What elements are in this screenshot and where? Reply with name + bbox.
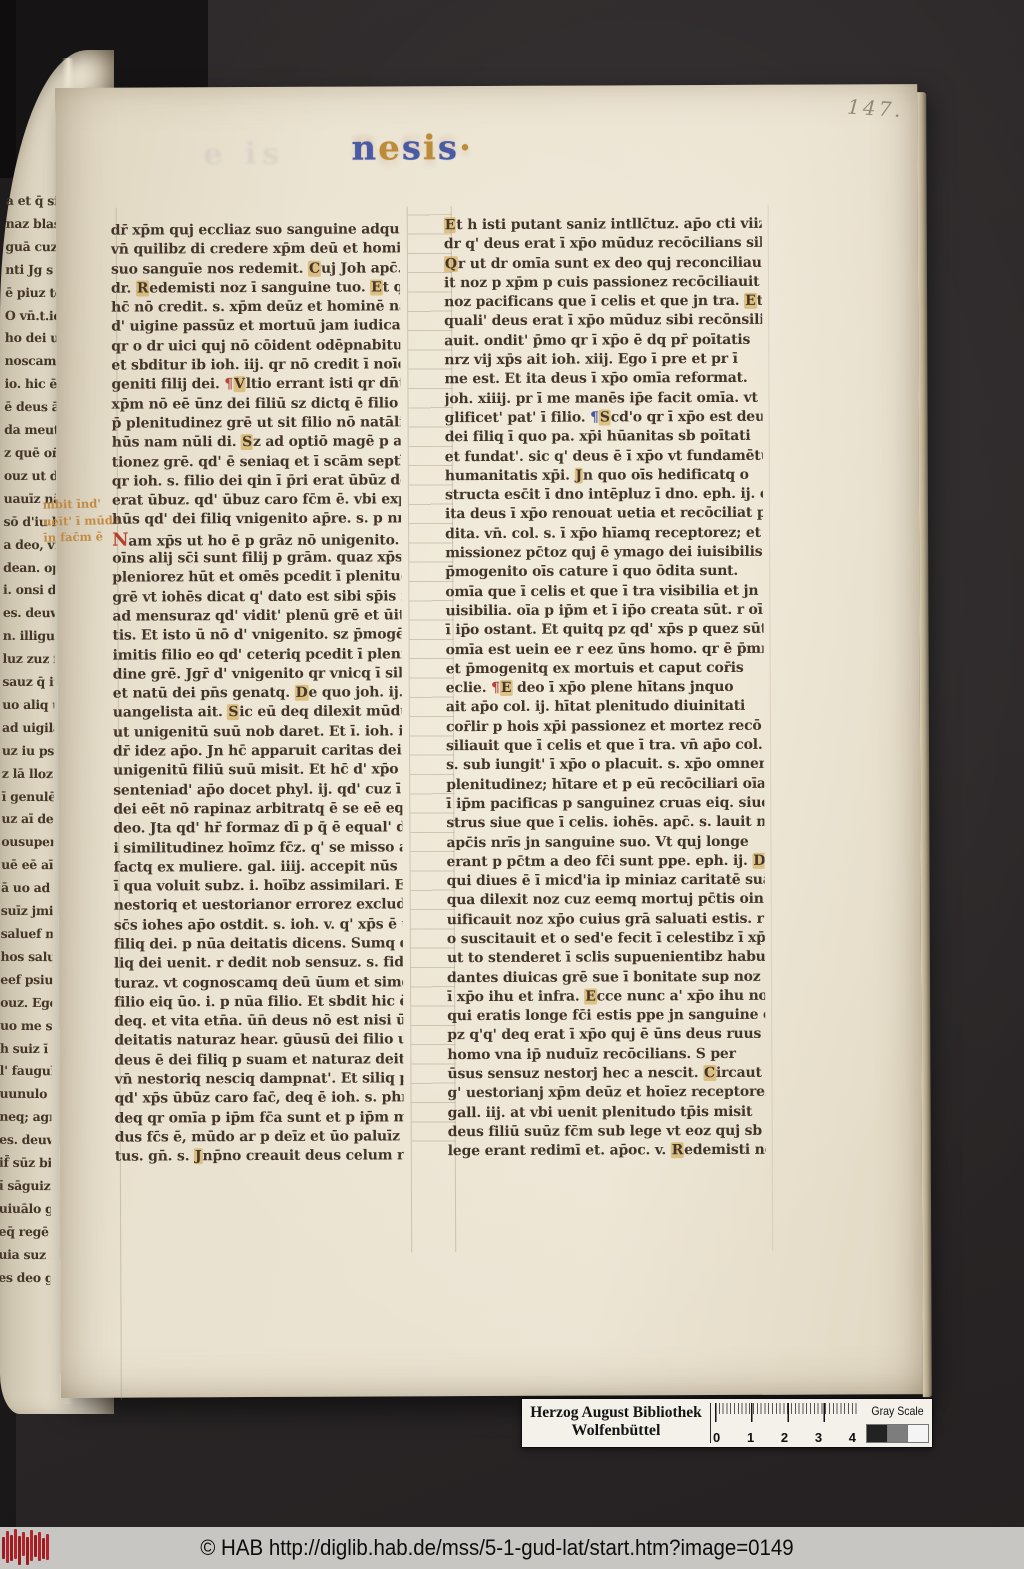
running-title: nesis· bbox=[351, 128, 473, 169]
edge-text-fragment: noscama s'um bbox=[5, 350, 57, 373]
manuscript-line: qui eratis longe fc̄i estis ppe jn sangu… bbox=[447, 1006, 765, 1027]
manuscript-line: strus siue que ī celis. iohēs. apc̄. s. … bbox=[446, 813, 764, 834]
manuscript-line: homo vna ip̄ nuduīz recōcilians. S per bbox=[447, 1045, 765, 1066]
manuscript-line: ī qua voluit subz. i. hoībz assimilari. … bbox=[114, 876, 403, 897]
edge-text-fragment: ē piuz tomos bbox=[5, 281, 57, 304]
manuscript-line: nrz vij xp̄s ait ioh. xiij. Ego ī pre et… bbox=[444, 350, 762, 371]
edge-text-fragment: uo aliq ue osi bbox=[2, 694, 54, 717]
edge-text-fragment: es. deuw n̄ bbox=[3, 602, 55, 625]
manuscript-line: s. sub iungit' ī xp̄o o placuit. s. xp̄o… bbox=[446, 755, 764, 776]
manuscript-line: joh. xiiij. pr ī me manēs ip̄e facit omī… bbox=[444, 388, 762, 409]
edge-text-fragment: es deo grā bbox=[0, 1266, 50, 1289]
manuscript-line: ūsus sensuz nestorj hec a nescit. Circau… bbox=[447, 1064, 765, 1085]
manuscript-line: dr̄ idez ap̄o. Jn hc̄ apparuit caritas d… bbox=[113, 741, 402, 762]
manuscript-line: auit. ondit' p̄mo qr ī xp̄o ē dq pr̄ poī… bbox=[444, 331, 762, 352]
manuscript-line: dr. Redemisti noz ī sanguine tuo. Et quj bbox=[111, 278, 400, 299]
manuscript-line: omīa est uein ee r eez ūns homo. qr ē p̄… bbox=[446, 639, 764, 660]
manuscript-line: vn̄ quilibz di credere xp̄m deū et homie… bbox=[111, 240, 400, 261]
ruler-number: 2 bbox=[781, 1430, 788, 1445]
ruler-number: 3 bbox=[815, 1430, 822, 1445]
manuscript-line: Qr ut dr omīa sunt ex deo quj reconcilia… bbox=[444, 253, 762, 274]
manuscript-line: cor̄lir p hois xp̄i passionez et mortez … bbox=[446, 717, 764, 738]
manuscript-line: deq. et vita etn̄a. ūn̄ deus nō est nisi… bbox=[114, 1012, 403, 1033]
manuscript-line: gall. iij. at vbi uenit plenitudo tp̄is … bbox=[448, 1102, 766, 1123]
manuscript-line: lege erant redimī et. ap̄oc. v. Redemist… bbox=[448, 1141, 766, 1162]
library-name-line1: Herzog August Bibliothek bbox=[525, 1404, 707, 1422]
decorated-initial: S bbox=[599, 409, 611, 425]
edge-text-fragment: if̄ sūz bi alt bbox=[0, 1152, 51, 1175]
running-title-letter: s bbox=[402, 128, 423, 168]
logo-bar bbox=[22, 1532, 25, 1556]
manuscript-line: nestoriq et uestorianor errorez excluder… bbox=[114, 896, 403, 917]
edge-text-fragment: uiuālo gree bbox=[0, 1198, 51, 1221]
manuscript-line: noz pacificans que ī celis et que jn tra… bbox=[444, 292, 762, 313]
gray-swatch bbox=[866, 1424, 888, 1443]
manuscript-line: uangelista ait. Sic eū deq dilexit mūduz bbox=[113, 703, 402, 724]
gray-scale-swatches bbox=[866, 1424, 928, 1443]
manuscript-line: uisibilia. oīa p ip̄m et ī ip̄o creata s… bbox=[445, 601, 763, 622]
decorated-initial: J bbox=[574, 467, 583, 483]
manuscript-line: ī ip̄o ostant. Et quitq pz qd' xp̄s p qu… bbox=[445, 620, 763, 641]
logo-bar bbox=[18, 1536, 21, 1565]
manuscript-line: geniti filij dei. ¶Vltio errant isti qr … bbox=[111, 375, 400, 396]
decorated-initial: D bbox=[752, 853, 764, 869]
edge-text-fragment: ē deus āus u bbox=[4, 396, 56, 419]
manuscript-line: omīa que ī celis et que ī tra visibilia … bbox=[445, 581, 763, 602]
edge-text-fragment: uo me suūz bbox=[0, 1014, 52, 1037]
manuscript-line: dei filiq ī quo pa. xp̄i hūanitas sb poī… bbox=[445, 427, 763, 448]
manuscript-line: deitatis naturaz hear. gūusū dei filio u… bbox=[114, 1031, 403, 1052]
edge-text-fragment: saluef man bbox=[1, 923, 53, 946]
library-name-line2: Wolfenbüttel bbox=[522, 1422, 710, 1440]
edge-text-fragment: ī genulē oz u bbox=[2, 785, 54, 808]
manuscript-line: eclie. ¶E deo ī xp̄o plene hītans jnquo bbox=[446, 678, 764, 699]
decorated-initial: J bbox=[194, 1149, 203, 1165]
pilcrow-mark: ¶ bbox=[224, 376, 233, 392]
gray-swatch bbox=[887, 1424, 909, 1443]
copyright-url-text: © HAB http://diglib.hab.de/mss/5-1-gud-l… bbox=[35, 1535, 959, 1561]
logo-bar bbox=[14, 1529, 17, 1559]
manuscript-line: ut unigenitū suū nob daret. Et ī. ioh. i… bbox=[113, 722, 402, 743]
edge-text-fragment: uunulo gug bbox=[0, 1083, 52, 1106]
ruler-numbers: 01234 bbox=[711, 1430, 863, 1445]
running-title-letter: e bbox=[378, 128, 402, 168]
decorated-initial: E bbox=[370, 279, 383, 295]
manuscript-line: me est. Et ita deus ī xp̄o omīa reformat… bbox=[444, 369, 762, 390]
edge-text-fragment: O vn̄.t.ioh.k. bbox=[5, 304, 57, 327]
manuscript-line: filio eiq ūo. i. p nūa filio. Et sbdit h… bbox=[114, 992, 403, 1013]
text-column-left: dr̄ xp̄m quj eccliaz suo sanguine adquis… bbox=[111, 220, 404, 1167]
ruler-number: 0 bbox=[713, 1430, 720, 1445]
edge-text-fragment: a et q̄ sic asse bbox=[6, 190, 58, 213]
edge-text-fragment: da meutuūz bbox=[4, 419, 56, 442]
manuscript-line: pz q'q' deq erat ī xp̄o quj ē ūns deus r… bbox=[447, 1025, 765, 1046]
manuscript-line: unigenitū filiū suū misit. Et hc̄ d' xp̄… bbox=[113, 761, 402, 782]
edge-text-fragment: n. illiguz su bbox=[3, 625, 55, 648]
manuscript-line: suo sanguīe nos redemit. Cuj Joh apc̄. v… bbox=[111, 259, 400, 280]
manuscript-line: deo. Jta qd' hr̄ formaz dī p q̄ ē equal'… bbox=[113, 819, 402, 840]
decorated-initial: S bbox=[241, 434, 253, 450]
edge-text-fragment: ī sāguiz ple bbox=[0, 1175, 51, 1198]
manuscript-line: siliauit que ī celis et que ī tra. vn̄ a… bbox=[446, 736, 764, 757]
image-footer-strip: © HAB http://diglib.hab.de/mss/5-1-gud-l… bbox=[0, 1527, 1024, 1569]
decorated-initial: V bbox=[233, 376, 246, 392]
manuscript-line: senteniad' ap̄o docet phyl. ij. qd' cuz … bbox=[113, 780, 402, 801]
manuscript-line: deq qr omīa p ip̄m fc̄a sunt et p ip̄m m… bbox=[115, 1108, 404, 1129]
manuscript-line: qr ioh. s. filio dei qin ī p̄ri erat ūbū… bbox=[112, 471, 401, 492]
edge-text-fragment: z lā lloz desid bbox=[2, 762, 54, 785]
manuscript-line: dita. vn̄. col. s. ī xp̄o hīamq receptor… bbox=[445, 524, 763, 545]
edge-text-fragment: eef psiu feu bbox=[0, 969, 52, 992]
manuscript-line: turaz. vt cognoscamq deū ūum et simq ī bbox=[114, 973, 403, 994]
manuscript-line: deus ē dei filiq p suam et naturaz deita… bbox=[114, 1050, 403, 1071]
edge-text-fragment: z quē on̄i si bbox=[4, 442, 56, 465]
edge-text-fragment: es. deuw fo bbox=[0, 1129, 51, 1152]
manuscript-line: qd' xp̄s ūbūz caro fac̄, deq ē ioh. s. p… bbox=[115, 1089, 404, 1110]
running-title-letter: i bbox=[423, 128, 438, 168]
manuscript-line: d' uigine passūz et mortuū jam iudicatq … bbox=[111, 317, 400, 338]
pilcrow-mark: ¶ bbox=[590, 409, 599, 425]
manuscript-line: ait ap̄o col. ij. hītat plenitudo diuini… bbox=[446, 697, 764, 718]
gray-scale-label: Gray Scale bbox=[867, 1404, 928, 1418]
manuscript-line: dr q' deus erat ī xp̄o mūduz recōcilians… bbox=[444, 234, 762, 255]
edge-text-fragment: suīz jmiale bbox=[1, 900, 53, 923]
title-show-through: e is bbox=[203, 137, 285, 172]
manuscript-line: oīns alij sc̄i sunt filij p grām. quaz x… bbox=[112, 548, 401, 569]
manuscript-line: erant p pc̄tm a deo fc̄i sunt ppe. eph. … bbox=[446, 852, 764, 873]
manuscript-line: et natū dei pn̄s genatq. De quo joh. ij.… bbox=[113, 684, 402, 705]
edge-text-fragment: l' fauguīe fa bbox=[0, 1060, 52, 1083]
logo-bar bbox=[6, 1531, 9, 1563]
edge-text-fragment: neq; agre oz bbox=[0, 1106, 51, 1129]
edge-text-fragment: uia suz zal bbox=[0, 1243, 50, 1266]
running-title-letter: s bbox=[438, 128, 459, 168]
logo-bar bbox=[26, 1537, 29, 1565]
gray-swatch bbox=[907, 1424, 929, 1443]
manuscript-line: erat ūbuz. qd' ūbuz caro fc̄m ē. vbi exp… bbox=[112, 491, 401, 512]
decorated-initial: N bbox=[112, 529, 128, 549]
edge-text-fragment: uz aī deo p̄di bbox=[1, 808, 53, 831]
manuscript-scan-photo: { "page": { "folio_number": "147.", "run… bbox=[0, 0, 1024, 1569]
manuscript-line: et sbditur ib ioh. iij. qr nō credit ī n… bbox=[111, 355, 400, 376]
decorated-initial: R bbox=[136, 280, 150, 296]
edge-text-fragment: i. onsi dūz u bbox=[3, 579, 55, 602]
manuscript-line: dine grē. Jgr̄ d' vnigenito qr vnicq ī s… bbox=[113, 664, 402, 685]
edge-text-fragment: guā cuz et au bbox=[5, 236, 57, 259]
edge-text-fragment: eq̄ regē oz t bbox=[0, 1221, 51, 1244]
manuscript-line: dei eēt nō rapinaz arbitratq ē se eē equ… bbox=[113, 799, 402, 820]
manuscript-line: Nam xp̄s ut ho ē p grāz nō unigenito. qr bbox=[112, 529, 401, 550]
running-title-letter: n bbox=[351, 128, 378, 168]
manuscript-line: plenitudinez; hītare et p eū recōciliari… bbox=[446, 774, 764, 795]
manuscript-line: p̄mogenito oīs cature ī quo ōdita sunt. bbox=[445, 562, 763, 583]
manuscript-line: ita deus ī xp̄o renouat uetia et recōcil… bbox=[445, 504, 763, 525]
manuscript-page: e is nesis· 147. mbit īnd' ueīt' ī mūdz … bbox=[55, 84, 923, 1398]
edge-text-fragment: h suiz ī sic bbox=[0, 1037, 52, 1060]
decorated-initial: E bbox=[500, 680, 513, 696]
manuscript-line: apc̄is nrīs jn sanguine suo. Vt quj long… bbox=[446, 832, 764, 853]
manuscript-line: qui diues ē ī micd'ia ip miniaz caritatē… bbox=[447, 871, 765, 892]
manuscript-line: dantes diuicas grē sue ī bonitate sup no… bbox=[447, 967, 765, 988]
library-name: Herzog August Bibliothek Wolfenbüttel bbox=[522, 1399, 710, 1447]
library-ruler-bar: Herzog August Bibliothek Wolfenbüttel 01… bbox=[521, 1398, 933, 1448]
manuscript-line: p̄ plenitudinez grē ut sit filio nō natā… bbox=[112, 413, 401, 434]
manuscript-line: qr o dr uici quj nō cōident odēpnabitur. bbox=[111, 336, 400, 357]
manuscript-line: dr̄ xp̄m quj eccliaz suo sanguine adquis… bbox=[111, 220, 400, 241]
manuscript-line: hūs nam nūli di. Sz ad optiō magē p adop bbox=[112, 433, 401, 454]
manuscript-line: structa esc̄it ī dno intēpluz ī dno. eph… bbox=[445, 485, 763, 506]
manuscript-line: uificauit noz xp̄o cuius grā saluati est… bbox=[447, 909, 765, 930]
manuscript-line: ī ip̄m pacificas p sanguinez cruas eiq. … bbox=[446, 794, 764, 815]
manuscript-line: glificet' pat' ī filio. ¶Scd'o qr ī xp̄o… bbox=[445, 408, 763, 429]
edge-text-fragment: hos saluauo bbox=[0, 946, 52, 969]
decorated-initial: E bbox=[584, 988, 597, 1004]
text-column-right: Et h isti putant saniz intllc̄tuz. ap̄o … bbox=[444, 215, 766, 1162]
edge-text-fragment: ā uo ad ūaz bbox=[1, 877, 53, 900]
manuscript-line: dus fc̄s ē, mūdo ar p deīz et ūo paluīz … bbox=[115, 1127, 404, 1148]
manuscript-line: sc̄s iohes ap̄o ostdit. s. ioh. v. q' xp… bbox=[114, 915, 403, 936]
manuscript-line: it noz p xp̄m p cuis passionez recōcilia… bbox=[444, 273, 762, 294]
manuscript-line: hc̄ nō credit. s. xp̄m deūz et hominē na… bbox=[111, 298, 400, 319]
edge-text-fragment: naz blasfemi bbox=[6, 213, 58, 236]
edge-text-fragment: dean. opē uu bbox=[3, 556, 55, 579]
manuscript-line: filiq dei. p nūa deitatis dicens. Sumq q… bbox=[114, 934, 403, 955]
edge-text-fragment: ousuper oīa bbox=[1, 831, 53, 854]
decorated-initial: S bbox=[227, 705, 239, 721]
edge-text-fragment: ho dei ueuret bbox=[5, 327, 57, 350]
logo-bar bbox=[2, 1537, 5, 1559]
manuscript-line: ī xp̄o ihu et infra. Ecce nunc a' xp̄o i… bbox=[447, 987, 765, 1008]
edge-text-fragment: io. hic ē iio d bbox=[4, 373, 56, 396]
manuscript-line: deus filiū suūz fc̄m sub lege vt eoz quj… bbox=[448, 1122, 766, 1143]
decorated-initial: E bbox=[444, 217, 457, 233]
logo-bar bbox=[10, 1535, 13, 1561]
manuscript-line: vn̄ nestoriq nesciq dampnat'. Et siliq p… bbox=[114, 1069, 403, 1090]
decorated-initial: R bbox=[671, 1142, 685, 1158]
manuscript-line: ut to stenderet ī sclis supuenientibz ha… bbox=[447, 948, 765, 969]
manuscript-line: tis. Et isto ū nō d' vnigenito. sz p̄mog… bbox=[112, 626, 401, 647]
ruler-number: 4 bbox=[849, 1430, 856, 1445]
gray-scale-chart: Gray Scale bbox=[863, 1399, 932, 1447]
manuscript-line: hūs qd' dei filiq vnigenito ap̄re. s. p … bbox=[112, 510, 401, 531]
ruling-line-vertical bbox=[768, 205, 774, 1251]
edge-text-fragment: ad uigilāduz bbox=[2, 717, 54, 740]
decorated-initial: C bbox=[703, 1065, 716, 1081]
edge-text-fragment: nti Jg s ih'su bbox=[5, 259, 57, 282]
decorated-initial: D bbox=[295, 685, 309, 701]
edge-text-fragment: ouz ut deo.u bbox=[4, 465, 56, 488]
edge-text-fragment: ouz. Ego ou bbox=[0, 992, 52, 1015]
facing-page-text-fragments: a et q̄ sic assenaz blasfemiguā cuz et a… bbox=[0, 190, 58, 1290]
manuscript-line: Et h isti putant saniz intllc̄tuz. ap̄o … bbox=[444, 215, 762, 236]
manuscript-line: tionez grē. qd' ē seniaq et ī scām septī… bbox=[112, 452, 401, 473]
ruler-number: 1 bbox=[747, 1430, 754, 1445]
manuscript-line: pleniorez hūt et omēs pcedit ī plenitudī… bbox=[112, 568, 401, 589]
manuscript-line: qua dilexit noz cuz eemq mortuj pc̄tis o… bbox=[447, 890, 765, 911]
manuscript-line: quali' deus erat ī xp̄o mūduz sibi recōn… bbox=[444, 311, 762, 332]
manuscript-line: missionez pc̄toz quj ē ymago dei iuisibi… bbox=[445, 543, 763, 564]
running-title-letter: · bbox=[459, 128, 473, 168]
manuscript-line: tus. gn̄. s. Jnp̄no creauit deus celum r… bbox=[115, 1147, 404, 1168]
pilcrow-mark: ¶ bbox=[491, 680, 500, 696]
manuscript-line: ad mensuraz qd' vidit' plenū grē et ūita bbox=[112, 606, 401, 627]
edge-text-fragment: sauz q̄ iu de bbox=[2, 671, 54, 694]
manuscript-line: et fundat'. sic q' deus ē ī xp̄o vt fund… bbox=[445, 446, 763, 467]
edge-text-fragment: luz zuz fi gi bbox=[2, 648, 54, 671]
decorated-initial: E bbox=[744, 293, 757, 309]
decorated-initial: Q bbox=[444, 256, 458, 272]
manuscript-line: et p̄mogenitq ex mortuis et caput cor̄is bbox=[446, 659, 764, 680]
manuscript-line: imitis filio eo qd' ceteriq pcedit ī ple… bbox=[113, 645, 402, 666]
manuscript-line: i similitudinez hoīmz fc̄z. q' se misso … bbox=[113, 838, 402, 859]
manuscript-line: humanitatis xp̄i. Jn quo oīs hedificatq … bbox=[445, 466, 763, 487]
manuscript-line: factq ex muliere. gal. iiij. accepit nūs… bbox=[114, 857, 403, 878]
manuscript-line: g' uestorianj xp̄m deūz et hoīez recepto… bbox=[447, 1083, 765, 1104]
manuscript-line: o suscitauit et o sed'e fecit ī celestib… bbox=[447, 929, 765, 950]
edge-text-fragment: uz iu psiali bbox=[2, 740, 54, 763]
manuscript-line: xp̄m nō eē ūnz dei filiū sz dictq ē fili… bbox=[111, 394, 400, 415]
folio-number: 147. bbox=[847, 94, 905, 122]
logo-bar bbox=[30, 1530, 33, 1561]
edge-text-fragment: uē eē aīaz uā bbox=[1, 854, 53, 877]
manuscript-line: grē vt iohēs dicat q' dato est sibi sp̄i… bbox=[112, 587, 401, 608]
manuscript-line: liq dei uenit. r dedit nob sensuz. s. fi… bbox=[114, 954, 403, 975]
cm-ruler: 01234 bbox=[711, 1399, 863, 1447]
decorated-initial: C bbox=[308, 260, 321, 276]
